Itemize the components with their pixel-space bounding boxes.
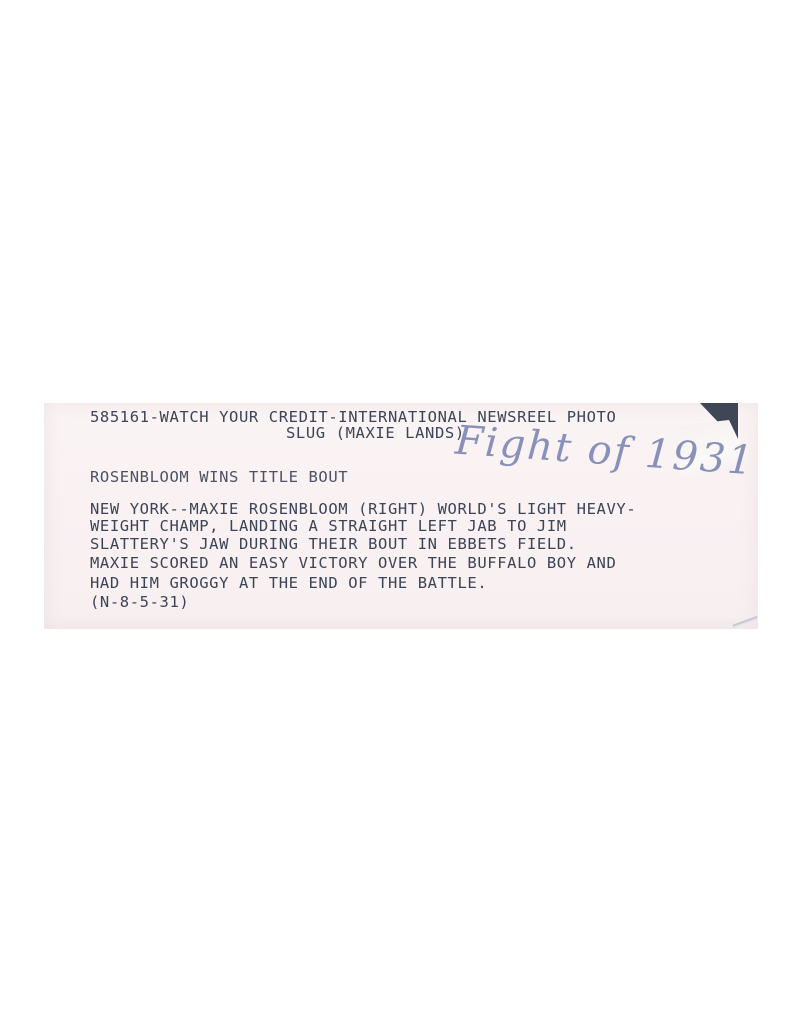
paper-curl (733, 614, 757, 628)
headline: ROSENBLOOM WINS TITLE BOUT (90, 470, 348, 486)
date-code: (N-8-5-31) (90, 595, 189, 611)
body-line: SLATTERY'S JAW DURING THEIR BOUT IN EBBE… (90, 537, 577, 553)
body-line: HAD HIM GROGGY AT THE END OF THE BATTLE. (90, 576, 487, 592)
body-line: WEIGHT CHAMP, LANDING A STRAIGHT LEFT JA… (90, 519, 567, 535)
body-line: MAXIE SCORED AN EASY VICTORY OVER THE BU… (90, 556, 616, 572)
body-line: NEW YORK--MAXIE ROSENBLOOM (RIGHT) WORLD… (90, 502, 636, 518)
slug-line: SLUG (MAXIE LANDS) (286, 426, 465, 442)
